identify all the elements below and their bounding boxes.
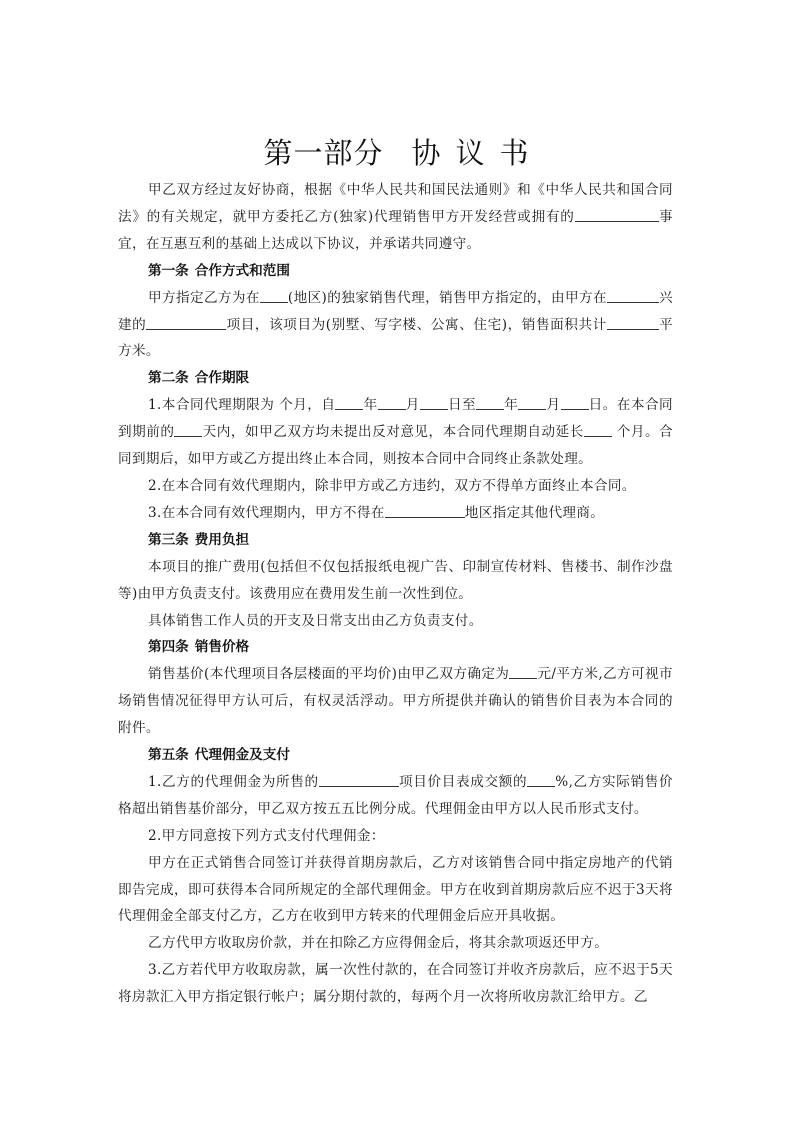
article-number: 第二条 [148,370,189,386]
document-body: 甲乙双方经过友好协商，根据《中华人民共和国民法通则》和《中华人民共和国合同法》的… [118,177,673,1011]
article-heading: 第四条销售价格 [118,634,673,661]
article-heading: 第五条代理佣金及支付 [118,742,673,769]
fill-in-blank [385,503,465,518]
paragraph: 具体销售工作人员的开支及日常支出由乙方负责支付。 [118,608,673,635]
paragraph: 甲方在正式销售合同签订并获得首期房款后，乙方对该销售合同中指定房地产的代销即告完… [118,850,673,931]
article-number: 第一条 [148,263,189,279]
paragraph-text: 销售基价(本代理项目各层楼面的平均价)由甲乙双方确定为 [148,666,509,682]
paragraph: 甲乙双方经过友好协商，根据《中华人民共和国民法通则》和《中华人民共和国合同法》的… [118,177,673,258]
fill-in-blank [420,395,448,410]
paragraph: 2.在本合同有效代理期内，除非甲方或乙方违约，双方不得单方面终止本合同。 [118,473,673,500]
paragraph: 3.乙方若代甲方收取房款，属一次性付款的，在合同签订并收齐房款后，应不迟于5天将… [118,957,673,1011]
article-heading: 第一条合作方式和范围 [118,258,673,285]
paragraph: 本项目的推广费用(包括但不仅包括报纸电视广告、印制宣传材料、售楼书、制作沙盘等)… [118,554,673,608]
paragraph-text: 甲方指定乙方为在 [148,290,260,306]
paragraph: 乙方代甲方收取房价款，并在扣除乙方应得佣金后，将其余款项返还甲方。 [118,930,673,957]
fill-in-blank [146,315,226,330]
fill-in-blank [527,772,555,787]
paragraph-text: 日至 [448,397,476,413]
paragraph-text: 年 [504,397,518,413]
fill-in-blank [561,395,589,410]
paragraph-text: 1.本合同代理期限为 个月，自 [148,397,335,413]
fill-in-blank [260,288,288,303]
fill-in-blank [335,395,363,410]
paragraph: 1.乙方的代理佣金为所售的项目价目表成交额的%,乙方实际销售价格超出销售基价部分… [118,769,673,823]
fill-in-blank [584,422,612,437]
fill-in-blank [174,422,202,437]
paragraph-text: 1.乙方的代理佣金为所售的 [148,774,319,790]
fill-in-blank [607,288,659,303]
title-char: 议 [456,136,486,170]
paragraph-text: 项目，该项目为(别墅、写字楼、公寓、住宅)，销售面积共计 [226,317,606,333]
paragraph-text: 项目价目表成交额的 [399,774,528,790]
title-char: 书 [500,136,530,170]
paragraph-text: 2.在本合同有效代理期内，除非甲方或乙方违约，双方不得单方面终止本合同。 [148,478,636,494]
paragraph-text: 具体销售工作人员的开支及日常支出由乙方负责支付。 [148,613,483,629]
paragraph-text: 月 [546,397,560,413]
paragraph-text: 天内，如甲乙双方均未提出反对意见，本合同代理期自动延长 [202,424,583,440]
article-number: 第四条 [148,639,189,655]
paragraph: 1.本合同代理期限为 个月，自年月日至年月日。在本合同到期前的天内，如甲乙双方均… [118,392,673,473]
paragraph-text: 甲方在正式销售合同签订并获得首期房款后，乙方对该销售合同中指定房地产的代销即告完… [118,855,673,925]
fill-in-blank [378,395,406,410]
page-title: 第一部分协议书 [0,131,793,172]
title-part: 第一部分 [263,136,383,170]
article-title: 合作期限 [195,370,249,386]
paragraph-text: (地区)的独家销售代理，销售甲方指定的，由甲方在 [288,290,607,306]
paragraph-text: 月 [406,397,420,413]
paragraph-text: 3.在本合同有效代理期内，甲方不得在 [148,505,385,521]
paragraph: 销售基价(本代理项目各层楼面的平均价)由甲乙双方确定为元/平方米,乙方可视市场销… [118,661,673,742]
article-number: 第五条 [148,747,189,763]
fill-in-blank [319,772,399,787]
paragraph: 2.甲方同意按下列方式支付代理佣金： [118,823,673,850]
article-title: 费用负担 [195,532,249,548]
article-title: 销售价格 [195,639,249,655]
paragraph: 甲方指定乙方为在(地区)的独家销售代理，销售甲方指定的，由甲方在兴建的项目，该项… [118,285,673,366]
article-number: 第三条 [148,532,189,548]
paragraph-text: 2.甲方同意按下列方式支付代理佣金： [148,828,385,844]
paragraph: 3.在本合同有效代理期内，甲方不得在地区指定其他代理商。 [118,500,673,527]
paragraph-text: 本项目的推广费用(包括但不仅包括报纸电视广告、印制宣传材料、售楼书、制作沙盘等)… [118,559,673,602]
paragraph-text: 年 [363,397,377,413]
article-title: 合作方式和范围 [195,263,290,279]
fill-in-blank [509,664,537,679]
fill-in-blank [518,395,546,410]
article-title: 代理佣金及支付 [195,747,290,763]
document-page: 第一部分协议书 甲乙双方经过友好协商，根据《中华人民共和国民法通则》和《中华人民… [0,0,793,1122]
paragraph-text: 地区指定其他代理商。 [465,505,604,521]
fill-in-blank [575,207,659,222]
paragraph-text: 乙方代甲方收取房价款，并在扣除乙方应得佣金后，将其余款项返还甲方。 [148,935,608,951]
fill-in-blank [607,315,659,330]
article-heading: 第二条合作期限 [118,365,673,392]
paragraph-text: 3.乙方若代甲方收取房款，属一次性付款的，在合同签订并收齐房款后，应不迟于5天将… [118,962,673,1005]
title-char: 协 [411,136,441,170]
fill-in-blank [476,395,504,410]
article-heading: 第三条费用负担 [118,527,673,554]
